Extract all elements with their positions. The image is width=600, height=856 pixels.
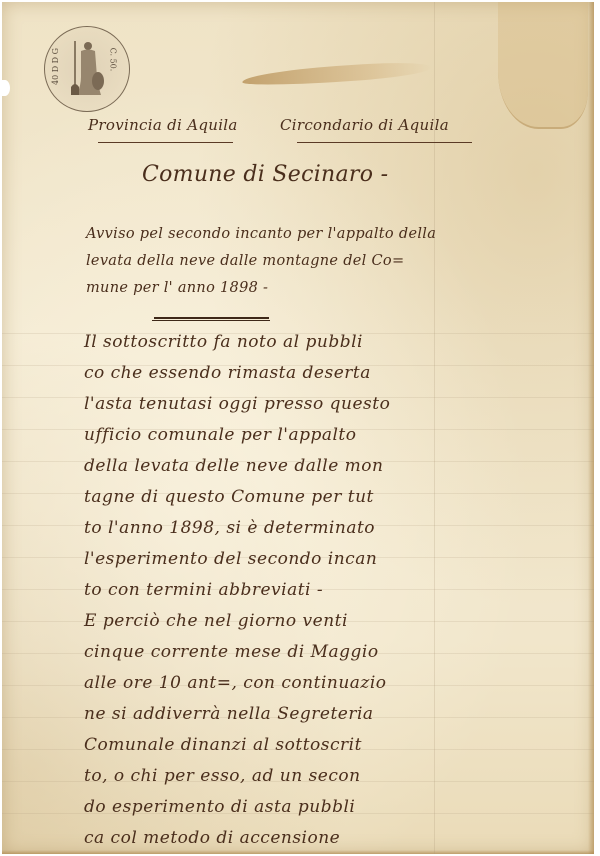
- ruled-lines: [2, 302, 594, 842]
- body-line: l'esperimento del secondo incan: [84, 549, 377, 569]
- ink-stain: [242, 59, 433, 88]
- body-line: cinque corrente mese di Maggio: [84, 642, 379, 662]
- subject-line: mune per l' anno 1898 -: [86, 280, 268, 296]
- body-line: to l'anno 1898, si è determinato: [84, 518, 375, 538]
- document-page: 40 D D G C. 50. Provincia di Aquila Circ…: [2, 2, 594, 854]
- body-line: Comunale dinanzi al sottoscrit: [84, 735, 362, 755]
- seal-left-text: 40 D D G: [51, 48, 60, 85]
- water-stain: [498, 2, 588, 129]
- section-divider-under: [152, 320, 270, 321]
- body-line: E perciò che nel giorno venti: [84, 611, 348, 631]
- body-line: to, o chi per esso, ad un secon: [84, 766, 361, 786]
- body-line: do esperimento di asta pubbli: [84, 797, 355, 817]
- revenue-stamp-seal: 40 D D G C. 50.: [44, 26, 130, 112]
- body-line: Il sottoscritto fa noto al pubbli: [84, 332, 363, 352]
- body-line: l'asta tenutasi oggi presso questo: [84, 394, 390, 414]
- body-line: co che essendo rimasta deserta: [84, 363, 371, 383]
- body-line: ufficio comunale per l'appalto: [84, 425, 357, 445]
- subject-line: Avviso pel secondo incanto per l'appalto…: [86, 226, 436, 242]
- section-divider: [154, 317, 269, 319]
- body-line: ne si addiverrà nella Segreteria: [84, 704, 374, 724]
- punch-hole: [0, 80, 10, 96]
- body-line: alle ore 10 ant=, con continuazio: [84, 673, 387, 693]
- body-line: ca col metodo di accensione: [84, 828, 340, 848]
- body-line: to con termini abbreviati -: [84, 580, 323, 600]
- body-line: della levata delle neve dalle mon: [84, 456, 383, 476]
- flourish-underline-left: [98, 142, 233, 143]
- seal-right-text: C. 50.: [109, 48, 118, 72]
- allegorical-figure-icon: [69, 37, 105, 101]
- flourish-underline-right: [297, 142, 472, 143]
- header-district: Circondario di Aquila: [280, 116, 449, 134]
- page-edge-bottom: [2, 850, 594, 854]
- subject-line: levata della neve dalle montagne del Co=: [86, 253, 404, 269]
- header-province: Provincia di Aquila: [88, 116, 238, 134]
- body-line: tagne di questo Comune per tut: [84, 487, 374, 507]
- page-title: Comune di Secinaro -: [142, 162, 388, 187]
